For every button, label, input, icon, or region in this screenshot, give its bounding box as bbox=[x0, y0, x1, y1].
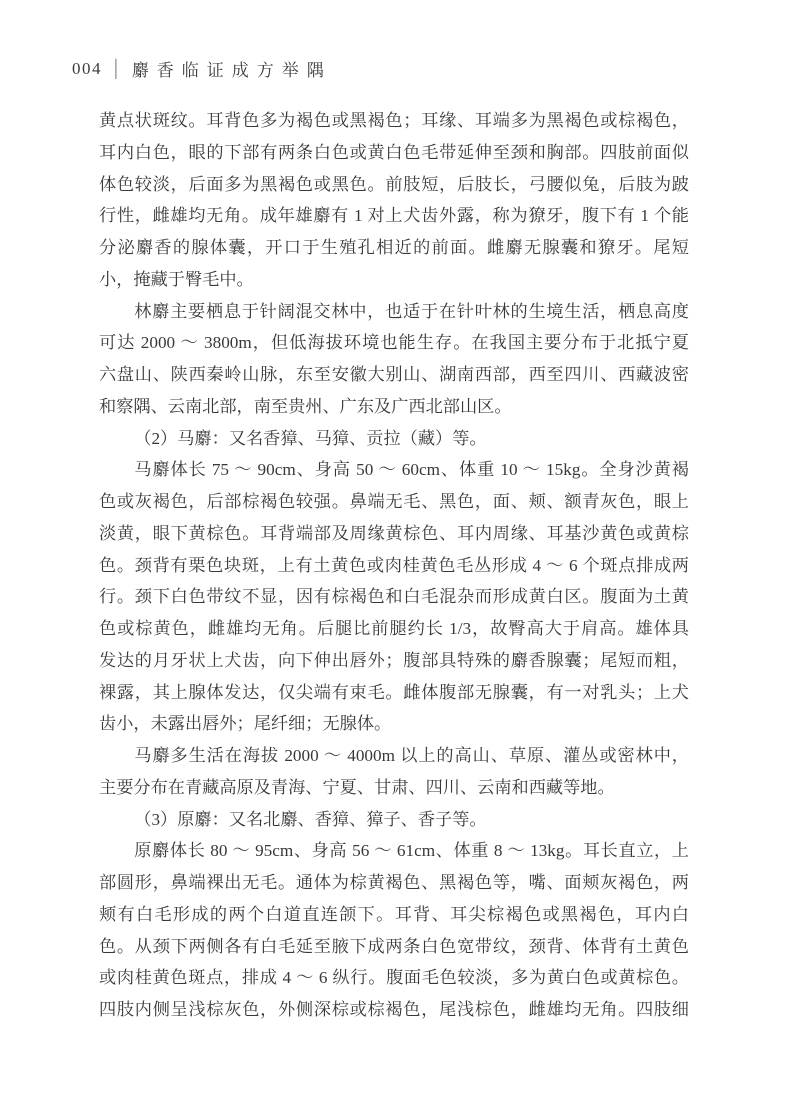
paragraph: 林麝主要栖息于针阔混交林中，也适于在针叶林的生境生活，栖息高度 可达 2000 … bbox=[99, 296, 689, 423]
text-line: 耳内白色，眼的下部有两条白色或黄白色毛带延伸至颈和胸部。四肢前面似 bbox=[99, 137, 689, 169]
text-line: （2）马麝：又名香獐、马獐、贡拉（藏）等。 bbox=[99, 423, 689, 455]
text-line: 色。从颈下两侧各有白毛延至腋下成两条白色宽带纹，颈背、体背有土黄色 bbox=[99, 931, 689, 963]
text-line: 和察隅、云南北部，南至贵州、广东及广西北部山区。 bbox=[99, 391, 689, 423]
paragraph: 马麝体长 75 ～ 90cm、身高 50 ～ 60cm、体重 10 ～ 15kg… bbox=[99, 454, 689, 740]
running-header: 004 | 麝香临证成方举隅 bbox=[72, 56, 332, 81]
page-number: 004 bbox=[72, 59, 102, 79]
text-line: 色或灰褐色，后部棕褐色较强。鼻端无毛、黑色，面、颊、额青灰色，眼上 bbox=[99, 486, 689, 518]
text-line: 行。颈下白色带纹不显，因有棕褐色和白毛混杂而形成黄白区。腹面为土黄 bbox=[99, 581, 689, 613]
page-body-text: 黄点状斑纹。耳背色多为褐色或黑褐色；耳缘、耳端多为黑褐色或棕褐色， 耳内白色，眼… bbox=[99, 105, 689, 1026]
text-line: 色或棕黄色，雌雄均无角。后腿比前腿约长 1/3，故臀高大于肩高。雄体具 bbox=[99, 613, 689, 645]
text-line: 色。颈背有栗色块斑，上有土黄色或肉桂黄色毛丛形成 4 ～ 6 个斑点排成两 bbox=[99, 550, 689, 582]
text-line: 或肉桂黄色斑点，排成 4 ～ 6 纵行。腹面毛色较淡，多为黄白色或黄棕色。 bbox=[99, 962, 689, 994]
book-page: 004 | 麝香临证成方举隅 黄点状斑纹。耳背色多为褐色或黑褐色；耳缘、耳端多为… bbox=[0, 0, 790, 1115]
text-line: 体色较淡，后面多为黑褐色或黑色。前肢短，后肢长，弓腰似兔，后肢为跛 bbox=[99, 169, 689, 201]
text-line: 分泌麝香的腺体囊，开口于生殖孔相近的前面。雌麝无腺囊和獠牙。尾短 bbox=[99, 232, 689, 264]
text-line: 马麝体长 75 ～ 90cm、身高 50 ～ 60cm、体重 10 ～ 15kg… bbox=[99, 454, 689, 486]
text-line: 裸露，其上腺体发达，仅尖端有束毛。雌体腹部无腺囊，有一对乳头；上犬 bbox=[99, 677, 689, 709]
text-line: 行性，雌雄均无角。成年雄麝有 1 对上犬齿外露，称为獠牙，腹下有 1 个能 bbox=[99, 200, 689, 232]
text-line: 部圆形，鼻端裸出无毛。通体为棕黄褐色、黑褐色等，嘴、面颊灰褐色，两 bbox=[99, 867, 689, 899]
text-line: 齿小，未露出唇外；尾纤细；无腺体。 bbox=[99, 708, 689, 740]
text-line: （3）原麝：又名北麝、香獐、獐子、香子等。 bbox=[99, 804, 689, 836]
paragraph: 黄点状斑纹。耳背色多为褐色或黑褐色；耳缘、耳端多为黑褐色或棕褐色， 耳内白色，眼… bbox=[99, 105, 689, 296]
text-line: 马麝多生活在海拔 2000 ～ 4000m 以上的高山、草原、灌丛或密林中， bbox=[99, 740, 689, 772]
text-line: 六盘山、陕西秦岭山脉，东至安徽大别山、湖南西部，西至四川、西藏波密 bbox=[99, 359, 689, 391]
text-line: 可达 2000 ～ 3800m，但低海拔环境也能生存。在我国主要分布于北抵宁夏 bbox=[99, 327, 689, 359]
paragraph: （3）原麝：又名北麝、香獐、獐子、香子等。 bbox=[99, 804, 689, 836]
paragraph: （2）马麝：又名香獐、马獐、贡拉（藏）等。 bbox=[99, 423, 689, 455]
running-title: 麝香临证成方举隅 bbox=[132, 56, 332, 81]
text-line: 四肢内侧呈浅棕灰色，外侧深棕或棕褐色，尾浅棕色，雌雄均无角。四肢细 bbox=[99, 994, 689, 1026]
text-line: 黄点状斑纹。耳背色多为褐色或黑褐色；耳缘、耳端多为黑褐色或棕褐色， bbox=[99, 105, 689, 137]
paragraph: 原麝体长 80 ～ 95cm、身高 56 ～ 61cm、体重 8 ～ 13kg。… bbox=[99, 835, 689, 1026]
header-divider: | bbox=[114, 56, 118, 81]
text-line: 林麝主要栖息于针阔混交林中，也适于在针叶林的生境生活，栖息高度 bbox=[99, 296, 689, 328]
text-line: 主要分布在青藏高原及青海、宁夏、甘肃、四川、云南和西藏等地。 bbox=[99, 772, 689, 804]
text-line: 小，掩藏于臀毛中。 bbox=[99, 264, 689, 296]
paragraph: 马麝多生活在海拔 2000 ～ 4000m 以上的高山、草原、灌丛或密林中， 主… bbox=[99, 740, 689, 804]
text-line: 颊有白毛形成的两个白道直连颌下。耳背、耳尖棕褐色或黑褐色，耳内白 bbox=[99, 899, 689, 931]
text-line: 淡黄，眼下黄棕色。耳背端部及周缘黄棕色、耳内周缘、耳基沙黄色或黄棕 bbox=[99, 518, 689, 550]
text-line: 发达的月牙状上犬齿，向下伸出唇外；腹部具特殊的麝香腺囊；尾短而粗， bbox=[99, 645, 689, 677]
text-line: 原麝体长 80 ～ 95cm、身高 56 ～ 61cm、体重 8 ～ 13kg。… bbox=[99, 835, 689, 867]
